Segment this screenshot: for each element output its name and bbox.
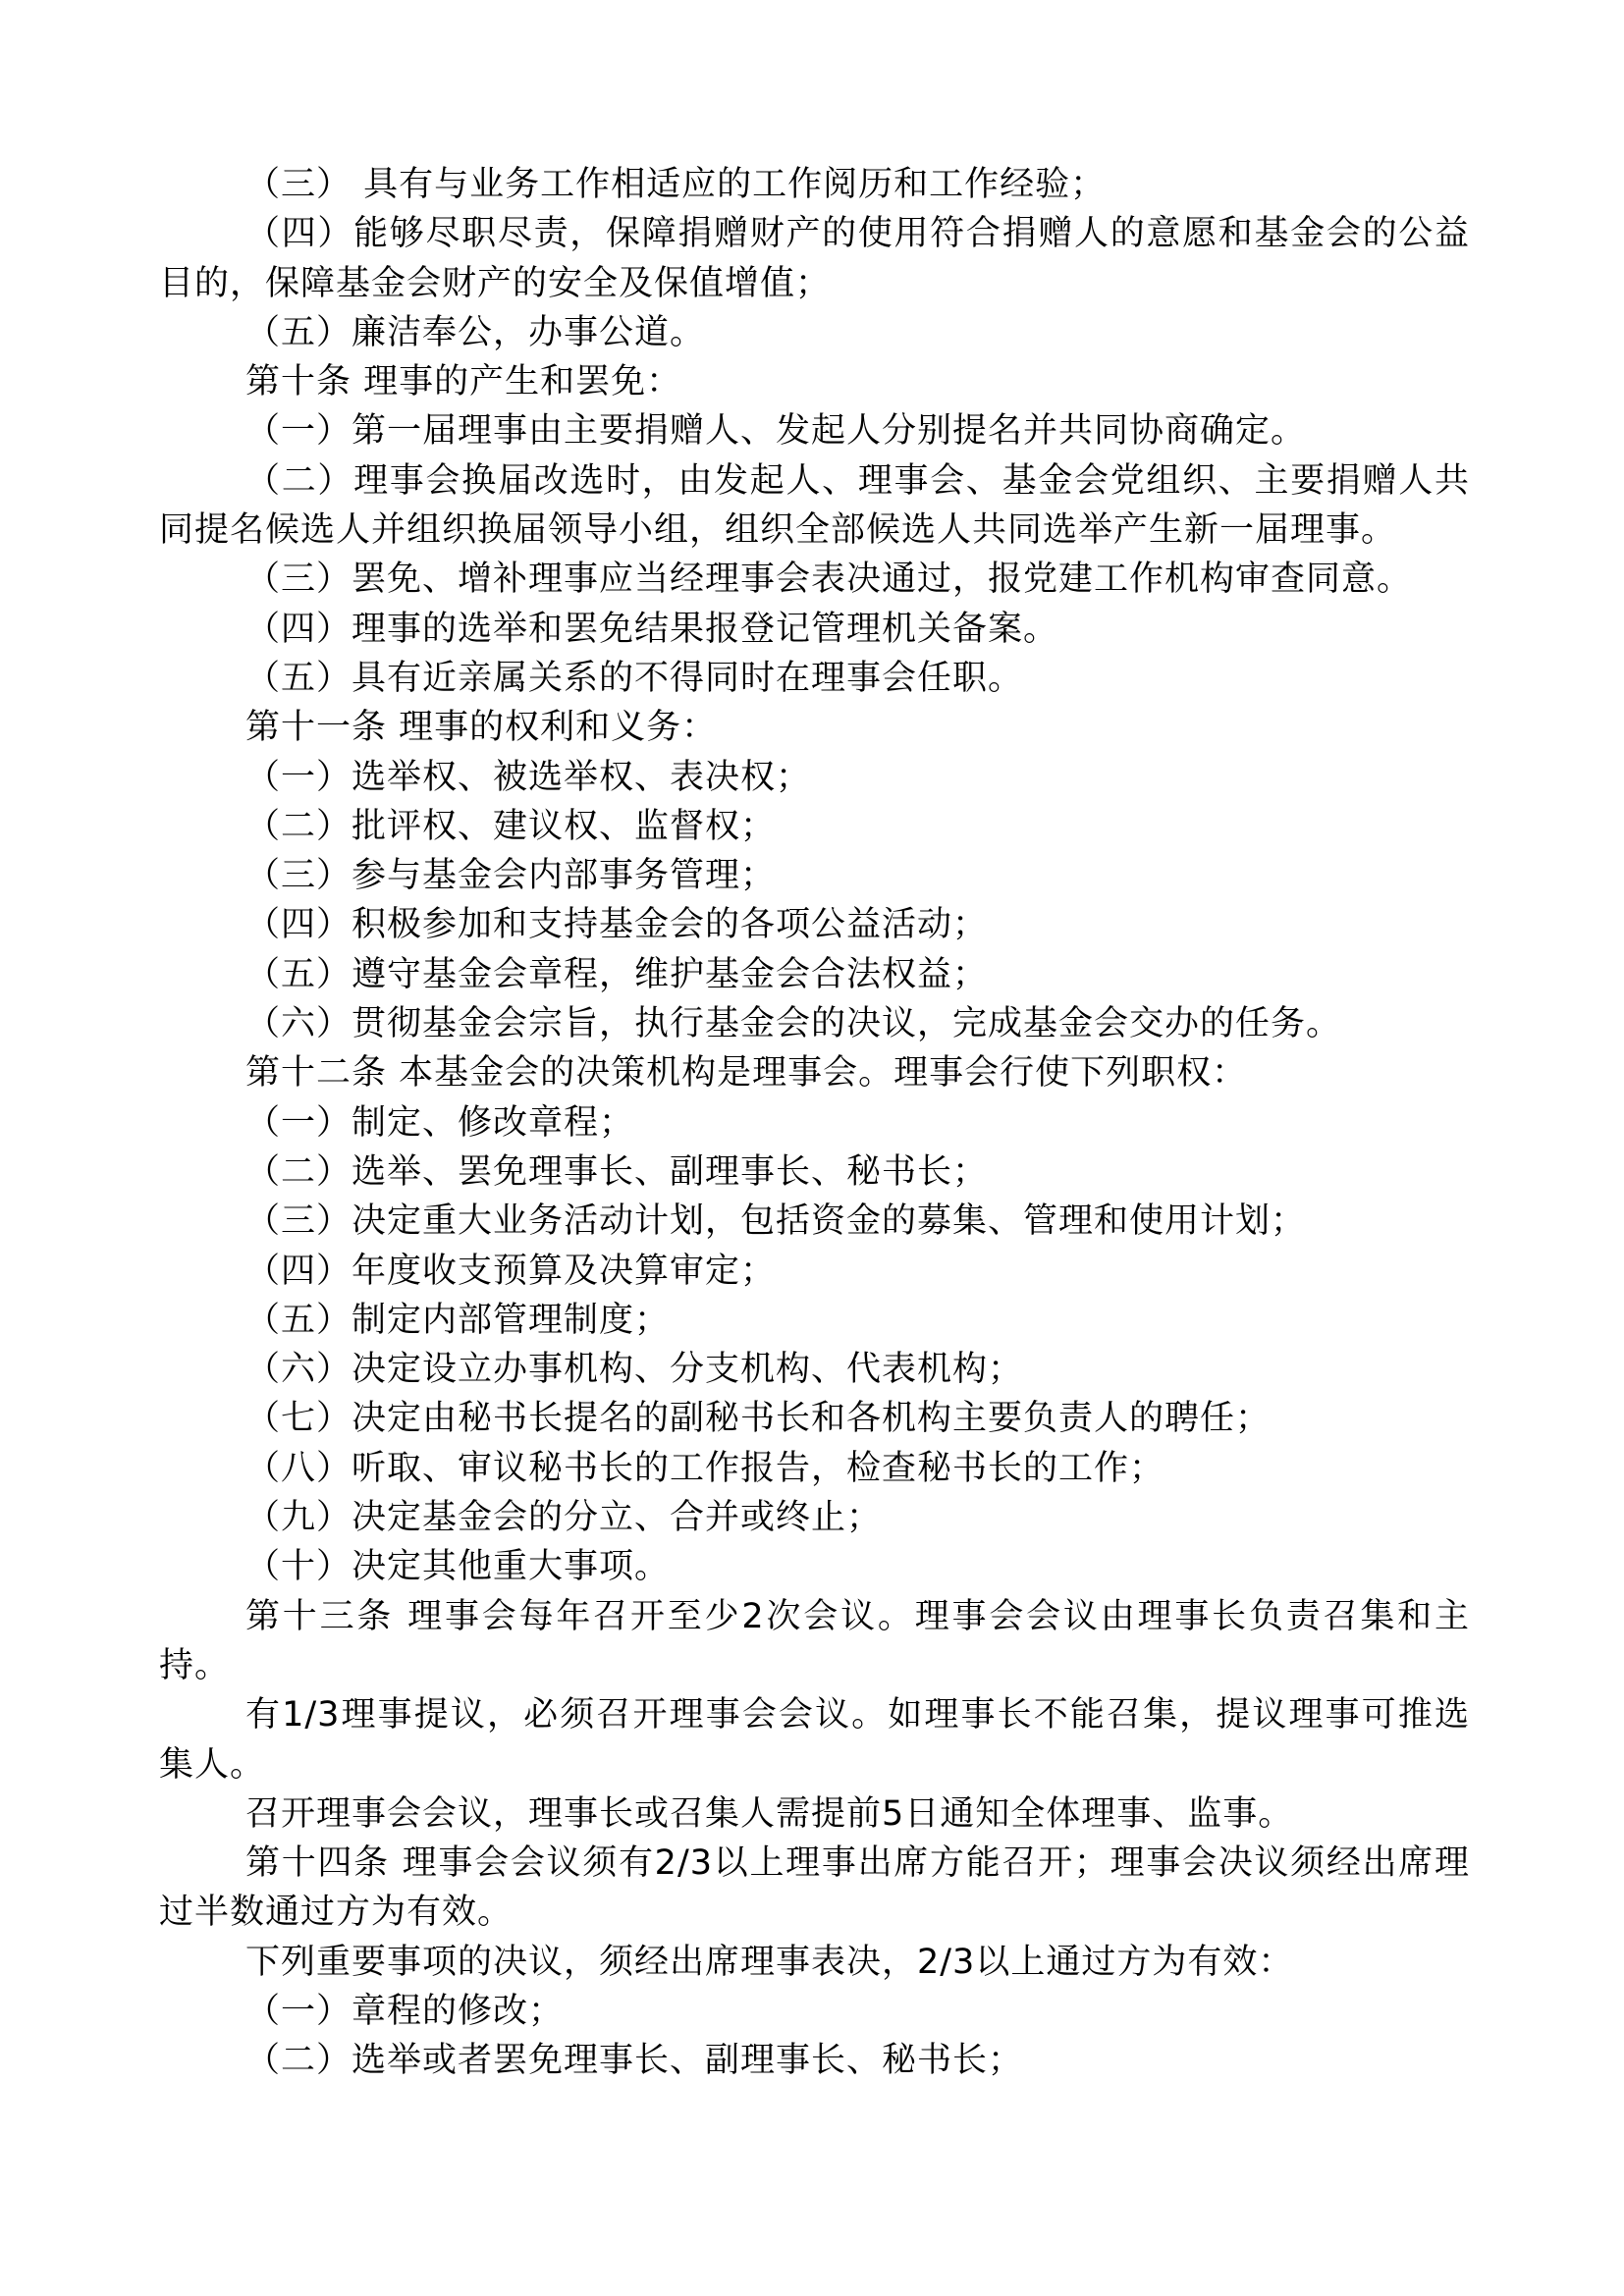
list-item: （二）批评权、建议权、监督权； [159, 802, 1470, 851]
list-item: （七）决定由秘书长提名的副秘书长和各机构主要负责人的聘任； [159, 1394, 1470, 1443]
list-item: （九）决定基金会的分立、合并或终止； [159, 1493, 1470, 1542]
list-item: （三） 具有与业务工作相适应的工作阅历和工作经验； [159, 160, 1470, 209]
list-item: （二）选举、罢免理事长、副理事长、秘书长； [159, 1148, 1470, 1197]
list-item: （一）第一届理事由主要捐赠人、发起人分别提名并共同协商确定。 [159, 406, 1470, 455]
list-item: （十）决定其他重大事项。 [159, 1542, 1470, 1591]
list-item: （五）廉洁奉公，办事公道。 [159, 308, 1470, 357]
body-paragraph: 有1/3理事提议，必须召开理事会会议。如理事长不能召集，提议理事可推选召 [159, 1690, 1470, 1739]
article-continuation: 过半数通过方为有效。 [159, 1888, 1470, 1937]
list-item: （一）制定、修改章程； [159, 1098, 1470, 1148]
body-paragraph: 召开理事会会议，理事长或召集人需提前5日通知全体理事、监事。 [159, 1789, 1470, 1839]
article-heading: 第十条 理事的产生和罢免： [159, 357, 1470, 406]
list-item: （四）理事的选举和罢免结果报登记管理机关备案。 [159, 605, 1470, 654]
list-item-continuation: 同提名候选人并组织换届领导小组，组织全部候选人共同选举产生新一届理事。 [159, 506, 1470, 555]
body-paragraph-continuation: 集人。 [159, 1740, 1470, 1789]
document-page: （三） 具有与业务工作相适应的工作阅历和工作经验； （四）能够尽职尽责，保障捐赠… [0, 0, 1624, 2296]
list-item: （五）遵守基金会章程，维护基金会合法权益； [159, 950, 1470, 999]
list-item: （四）年度收支预算及决算审定； [159, 1247, 1470, 1296]
document-body: （三） 具有与业务工作相适应的工作阅历和工作经验； （四）能够尽职尽责，保障捐赠… [159, 160, 1470, 2086]
list-item: （四）能够尽职尽责，保障捐赠财产的使用符合捐赠人的意愿和基金会的公益 [159, 209, 1470, 258]
article-heading: 第十三条 理事会每年召开至少2次会议。理事会会议由理事长负责召集和主 [159, 1592, 1470, 1641]
list-item: （二）选举或者罢免理事长、副理事长、秘书长； [159, 2036, 1470, 2085]
list-item: （三）罢免、增补理事应当经理事会表决通过，报党建工作机构审查同意。 [159, 555, 1470, 604]
list-item: （三）决定重大业务活动计划，包括资金的募集、管理和使用计划； [159, 1197, 1470, 1246]
article-continuation: 持。 [159, 1641, 1470, 1690]
article-heading: 第十一条 理事的权利和义务： [159, 703, 1470, 752]
list-item: （四）积极参加和支持基金会的各项公益活动； [159, 900, 1470, 949]
body-paragraph: 下列重要事项的决议，须经出席理事表决，2/3以上通过方为有效： [159, 1938, 1470, 1987]
list-item-continuation: 目的，保障基金会财产的安全及保值增值； [159, 259, 1470, 308]
list-item: （一）选举权、被选举权、表决权； [159, 753, 1470, 802]
list-item: （八）听取、审议秘书长的工作报告，检查秘书长的工作； [159, 1444, 1470, 1493]
list-item: （六）决定设立办事机构、分支机构、代表机构； [159, 1345, 1470, 1394]
list-item: （一）章程的修改； [159, 1987, 1470, 2036]
list-item: （五）具有近亲属关系的不得同时在理事会任职。 [159, 654, 1470, 703]
list-item: （二）理事会换届改选时，由发起人、理事会、基金会党组织、主要捐赠人共 [159, 456, 1470, 506]
list-item: （三）参与基金会内部事务管理； [159, 851, 1470, 900]
article-heading: 第十二条 本基金会的决策机构是理事会。理事会行使下列职权： [159, 1048, 1470, 1097]
list-item: （六）贯彻基金会宗旨，执行基金会的决议，完成基金会交办的任务。 [159, 999, 1470, 1048]
article-heading: 第十四条 理事会会议须有2/3以上理事出席方能召开；理事会决议须经出席理事 [159, 1839, 1470, 1888]
list-item: （五）制定内部管理制度； [159, 1296, 1470, 1345]
